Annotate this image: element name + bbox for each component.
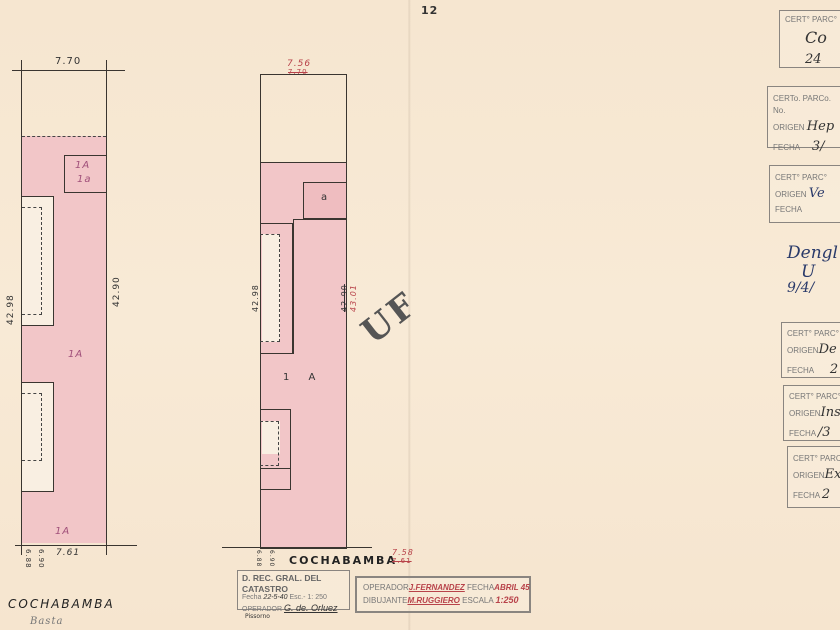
cert-2-value2: 3/ bbox=[802, 139, 825, 154]
certificate-stamp-1: CERT° PARC° Co 24 bbox=[779, 10, 840, 68]
cert-6-label: CERT° PARC° bbox=[793, 453, 840, 465]
cert-6-fecha: FECHA bbox=[793, 491, 820, 500]
left-top-dimension-line bbox=[12, 70, 125, 71]
cert-6-origen: ORIGEN bbox=[793, 471, 825, 480]
cert-4-value: De bbox=[819, 342, 837, 357]
right-courtyard-lower-divider bbox=[260, 468, 291, 469]
left-signature: Basta bbox=[30, 616, 63, 627]
cert-4-label: CERT° PARC° bbox=[787, 328, 840, 340]
cert-3-value: Ve bbox=[809, 186, 825, 201]
right-divider bbox=[293, 219, 347, 220]
cert-6-value2: 2 bbox=[822, 487, 830, 502]
left-unit-label-1: 1A bbox=[75, 160, 90, 171]
left-courtyard-upper-dashed bbox=[22, 207, 42, 315]
note-line-3: 9/4/ bbox=[787, 281, 838, 296]
left-plot-right-edge bbox=[106, 60, 107, 555]
right-left-depth: 42.98 bbox=[251, 284, 260, 312]
right-bottom-width-original: 7.61 bbox=[392, 557, 412, 565]
left-plot-dashed-line bbox=[22, 136, 106, 137]
certificate-stamp-5: CERT° PARC° ORIGENIns FECHA /3 bbox=[783, 385, 840, 441]
left-street-name: COCHABAMBA bbox=[8, 597, 115, 611]
cert-1-value: Co bbox=[785, 26, 840, 50]
certificate-stamp-6: CERT° PARC° ORIGENEx FECHA 2 bbox=[787, 446, 840, 508]
catastro-fecha-value: 22-5-40 bbox=[263, 594, 287, 601]
right-depth-label: 42.90 bbox=[112, 276, 122, 307]
cert-5-value2: /3 bbox=[818, 425, 831, 440]
certificate-stamp-3: CERT° PARC° ORIGEN Ve FECHA bbox=[769, 165, 840, 223]
certificate-stamp-2: CERTo. PARCo. No. ORIGEN Hep FECHA 3/ bbox=[767, 86, 840, 148]
left-bottom-small-2: 6.90 bbox=[37, 549, 45, 569]
left-bottom-width: 7.61 bbox=[56, 548, 80, 558]
cert-2-label: CERTo. PARCo. No. bbox=[773, 93, 840, 117]
cert-4-value2: 2 bbox=[816, 362, 838, 377]
right-bottom-small-1: 6.88 bbox=[255, 550, 262, 567]
cert-5-origen: ORIGEN bbox=[789, 409, 821, 418]
catastro-operador-value: G. de. Orluez bbox=[284, 603, 338, 613]
cert-2-fecha: FECHA bbox=[773, 143, 800, 152]
catastro-operador-label: OPERADOR bbox=[242, 606, 282, 613]
certificate-stamp-4: CERT° PARC° ORIGENDe FECHA 2 bbox=[781, 322, 840, 378]
escala-label: ESCALA bbox=[462, 596, 493, 605]
page-number: 12 bbox=[421, 4, 438, 17]
right-divider-vertical bbox=[293, 219, 294, 354]
catastro-stamp: D. REC. GRAL. DEL CATASTRO Fecha 22-5-40… bbox=[237, 570, 350, 610]
operator-stamp: OPERADORJ.FERNANDEZ FECHAABRIL 45 DIBUJA… bbox=[355, 576, 531, 613]
right-courtyard-upper-dashed bbox=[260, 234, 280, 342]
left-bottom-small-1: 6.88 bbox=[24, 549, 32, 569]
cert-3-origen: ORIGEN bbox=[775, 190, 807, 199]
catastro-escala: Esc.- 1: 250 bbox=[290, 594, 327, 601]
right-unit-label-main: 1 A bbox=[283, 372, 323, 383]
left-unit-label-2: 1a bbox=[77, 174, 92, 185]
note-line-1: Dengl bbox=[787, 244, 838, 263]
cert-5-value: Ins bbox=[821, 405, 840, 420]
cert-5-label: CERT° PARC° bbox=[789, 391, 840, 403]
note-line-2: U bbox=[787, 263, 838, 282]
dibujante-value: M.RUGGIERO bbox=[407, 596, 459, 605]
dibujante-label: DIBUJANTE bbox=[363, 596, 407, 605]
escala-value: 1:250 bbox=[496, 595, 519, 605]
operador-value: J.FERNANDEZ bbox=[409, 583, 465, 592]
cert-4-fecha: FECHA bbox=[787, 366, 814, 375]
cert-3-label: CERT° PARC° bbox=[775, 172, 839, 184]
right-right-depth-corrected: 43.01 bbox=[349, 284, 358, 312]
cert-2-origen: ORIGEN bbox=[773, 123, 805, 132]
right-bottom-small-2: 6.90 bbox=[268, 550, 275, 567]
cert-5-fecha: FECHA bbox=[789, 429, 816, 438]
cert-2-value: Hep bbox=[807, 119, 834, 134]
left-unit-label-3: 1A bbox=[68, 349, 83, 360]
catastro-below-name: Pissorno bbox=[245, 613, 270, 620]
cert-1-value2: 24 bbox=[785, 50, 840, 70]
right-courtyard-lower-dashed bbox=[260, 421, 279, 466]
left-courtyard-lower-dashed bbox=[22, 393, 42, 461]
right-right-depth-original: 42.90 bbox=[340, 284, 349, 312]
fecha-label: FECHA bbox=[467, 583, 494, 592]
right-street-name: COCHABAMBA bbox=[289, 554, 397, 567]
left-bottom-dimension-line bbox=[15, 545, 137, 546]
right-plot-built-line bbox=[261, 162, 346, 163]
left-depth-label: 42.98 bbox=[6, 294, 16, 325]
left-unit-label-4: 1A bbox=[55, 526, 70, 537]
cert-3-fecha: FECHA bbox=[775, 204, 839, 216]
cert-6-value: Ex bbox=[825, 467, 840, 482]
fecha-value: ABRIL 45 bbox=[494, 583, 529, 592]
cert-4-origen: ORIGEN bbox=[787, 346, 819, 355]
left-top-width: 7.70 bbox=[55, 56, 81, 67]
right-unit-label-a: a bbox=[321, 192, 328, 203]
right-bottom-width-corrected: 7.58 bbox=[392, 548, 414, 557]
operador-label: OPERADOR bbox=[363, 583, 409, 592]
catastro-fecha-label: Fecha bbox=[242, 594, 261, 601]
right-bottom-line bbox=[222, 547, 372, 548]
catastro-title: D. REC. GRAL. DEL CATASTRO bbox=[242, 573, 345, 594]
handwritten-note: Dengl U 9/4/ bbox=[787, 244, 838, 297]
cert-1-label: CERT° PARC° bbox=[785, 14, 840, 26]
